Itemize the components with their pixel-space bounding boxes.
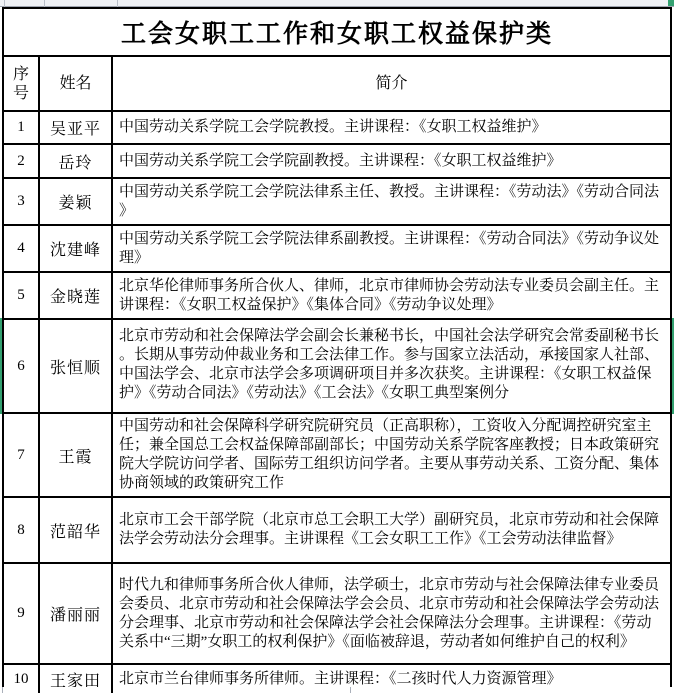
row-no[interactable]: 6 — [4, 320, 40, 412]
row-name[interactable]: 范韶华 — [40, 498, 113, 562]
row-bio[interactable]: 中国劳动和社会保障科学研究院研究员（正高职称），工资收入分配调控研究室主任；兼全… — [113, 414, 670, 496]
row-bio[interactable]: 北京市工会干部学院（北京市总工会职工大学）副研究员，北京市劳动和社会保障法学会劳… — [113, 498, 670, 562]
table-row: 8 范韶华 北京市工会干部学院（北京市总工会职工大学）副研究员，北京市劳动和社会… — [4, 498, 670, 564]
gridline — [117, 0, 118, 7]
table-body: 1 吴亚平 中国劳动关系学院工会学院教授。主讲课程：《女职工权益维护》 2 岳玲… — [4, 112, 670, 693]
row-name[interactable]: 吴亚平 — [40, 112, 113, 143]
row-name[interactable]: 沈建峰 — [40, 226, 113, 271]
gridline — [350, 687, 351, 693]
table-row: 6 张恒顺 北京市劳动和社会保障法学会副会长兼秘书长，中国社会法学研究会常委副秘… — [4, 320, 670, 414]
column-border-stub — [38, 687, 40, 693]
selection-fill-handle[interactable] — [668, 0, 674, 6]
row-bio[interactable]: 中国劳动关系学院工会学院法律系副教授。主讲课程：《劳动合同法》《劳动争议处理》 — [113, 226, 670, 271]
next-row-partial — [0, 687, 674, 693]
row-no[interactable]: 5 — [4, 273, 40, 318]
gridline — [4, 0, 5, 7]
row-no[interactable]: 4 — [4, 226, 40, 271]
row-name[interactable]: 金晓莲 — [40, 273, 113, 318]
table-row: 9 潘丽丽 时代九和律师事务所合伙人律师，法学硕士，北京市劳动与社会保障法律专业… — [4, 564, 670, 665]
table-header-row: 序号 姓名 简介 — [4, 57, 670, 112]
row-no[interactable]: 7 — [4, 414, 40, 496]
row-name[interactable]: 张恒顺 — [40, 320, 113, 412]
header-cell-bio[interactable]: 简介 — [113, 57, 670, 110]
header-cell-no[interactable]: 序号 — [4, 57, 40, 110]
header-cell-name[interactable]: 姓名 — [40, 57, 113, 110]
row-no[interactable]: 8 — [4, 498, 40, 562]
row-name[interactable]: 潘丽丽 — [40, 564, 113, 663]
row-bio[interactable]: 中国劳动关系学院工会学院教授。主讲课程：《女职工权益维护》 — [113, 112, 670, 143]
row-name[interactable]: 岳玲 — [40, 145, 113, 177]
spreadsheet-view: 工会女职工工作和女职工权益保护类 序号 姓名 简介 1 吴亚平 中国劳动关系学院… — [0, 0, 674, 693]
lecturer-table: 工会女职工工作和女职工权益保护类 序号 姓名 简介 1 吴亚平 中国劳动关系学院… — [2, 7, 672, 693]
row-bio[interactable]: 中国劳动关系学院工会学院法律系主任、教授。主讲课程：《劳动法》《劳动合同法》 — [113, 179, 670, 224]
table-row: 7 王霞 中国劳动和社会保障科学研究院研究员（正高职称），工资收入分配调控研究室… — [4, 414, 670, 498]
row-no[interactable]: 1 — [4, 112, 40, 143]
sheet-gridline-strip — [0, 0, 674, 7]
gridline — [44, 0, 45, 7]
row-bio[interactable]: 北京市劳动和社会保障法学会副会长兼秘书长，中国社会法学研究会常委副秘书长。长期从… — [113, 320, 670, 410]
table-row: 1 吴亚平 中国劳动关系学院工会学院教授。主讲课程：《女职工权益维护》 — [4, 112, 670, 145]
gridline — [2, 687, 3, 693]
row-bio[interactable]: 中国劳动关系学院工会学院副教授。主讲课程：《女职工权益维护》 — [113, 145, 670, 177]
row-no[interactable]: 3 — [4, 179, 40, 224]
table-row: 5 金晓莲 北京华伦律师事务所合伙人、律师，北京市律师协会劳动法专业委员会副主任… — [4, 273, 670, 320]
table-row: 4 沈建峰 中国劳动关系学院工会学院法律系副教授。主讲课程：《劳动合同法》《劳动… — [4, 226, 670, 273]
row-name[interactable]: 姜颖 — [40, 179, 113, 224]
table-title-row[interactable]: 工会女职工工作和女职工权益保护类 — [4, 9, 670, 57]
row-bio[interactable]: 北京华伦律师事务所合伙人、律师，北京市律师协会劳动法专业委员会副主任。主讲课程：… — [113, 273, 670, 318]
table-row: 3 姜颖 中国劳动关系学院工会学院法律系主任、教授。主讲课程：《劳动法》《劳动合… — [4, 179, 670, 226]
row-name[interactable]: 王霞 — [40, 414, 113, 496]
column-border-stub — [111, 687, 113, 693]
table-title: 工会女职工工作和女职工权益保护类 — [121, 14, 553, 50]
table-row: 2 岳玲 中国劳动关系学院工会学院副教授。主讲课程：《女职工权益维护》 — [4, 145, 670, 179]
row-no[interactable]: 2 — [4, 145, 40, 177]
row-bio[interactable]: 时代九和律师事务所合伙人律师，法学硕士，北京市劳动与社会保障法律专业委员会委员、… — [113, 564, 670, 663]
row-no[interactable]: 9 — [4, 564, 40, 663]
